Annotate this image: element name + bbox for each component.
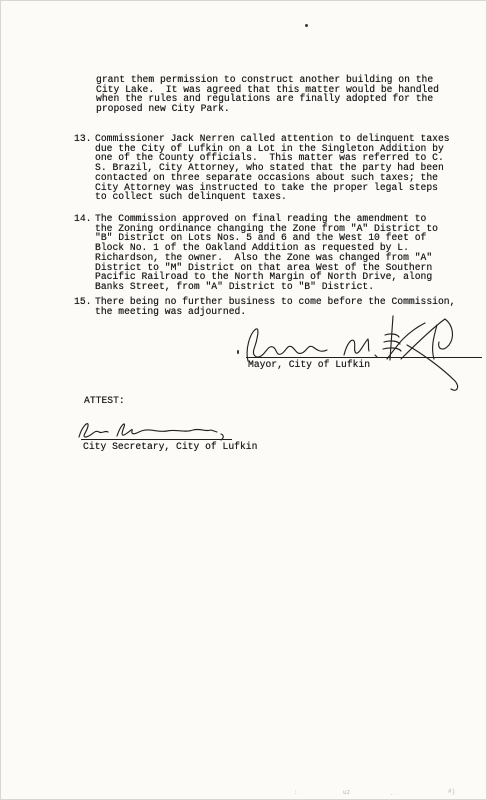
ink-speck	[237, 350, 239, 354]
item-number: 14.	[74, 214, 91, 224]
ink-speck	[305, 24, 308, 27]
item-text: Commissioner Jack Nerren called attentio…	[95, 134, 450, 202]
scanned-document-page: grant them permission to construct anoth…	[0, 0, 487, 800]
item-text: There being no further business to come …	[95, 297, 455, 316]
footer-artifact: uz	[343, 790, 350, 796]
secretary-signature-caption: City Secretary, City of Lufkin	[83, 442, 257, 452]
signature-rule	[81, 439, 232, 440]
signature-rule	[246, 357, 482, 358]
item-number: 13.	[74, 134, 91, 144]
item-number: 15.	[74, 297, 91, 307]
item-text: The Commission approved on final reading…	[95, 214, 438, 292]
footer-artifact: .	[390, 791, 394, 797]
paragraph-continuation: grant them permission to construct anoth…	[96, 75, 439, 114]
footer-artifact: :	[294, 790, 298, 796]
attest-label: ATTEST:	[84, 396, 125, 406]
footer-artifact: #)	[448, 789, 455, 795]
mayor-signature-caption: Mayor, City of Lufkin	[248, 360, 370, 370]
